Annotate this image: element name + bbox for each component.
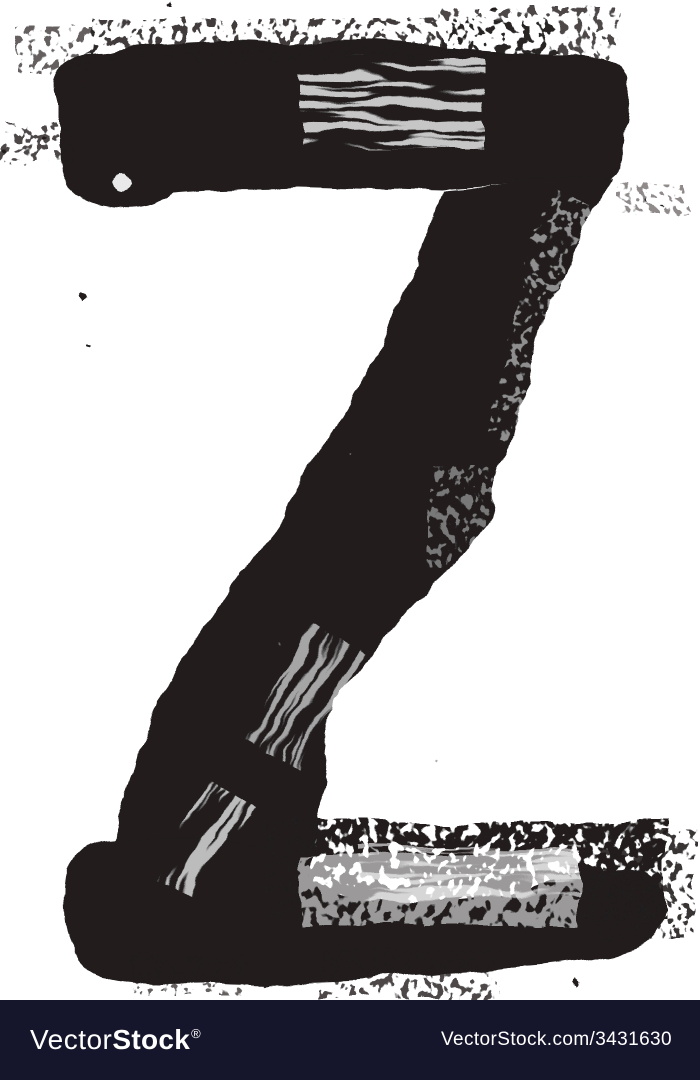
letter-z-ink xyxy=(0,3,695,999)
logo-text-light: Vector xyxy=(30,1024,112,1055)
logo-text-bold: Stock xyxy=(112,1024,190,1055)
letter-z-artwork xyxy=(0,0,700,1000)
watermark-bar: VectorStock® VectorStock.com/3431630 xyxy=(0,1000,700,1080)
registered-trademark-icon: ® xyxy=(191,1026,201,1041)
vectorstock-logo: VectorStock® xyxy=(30,1026,201,1054)
stock-image-page: VectorStock® VectorStock.com/3431630 xyxy=(0,0,700,1080)
watermark-url: VectorStock.com/3431630 xyxy=(441,1029,672,1051)
